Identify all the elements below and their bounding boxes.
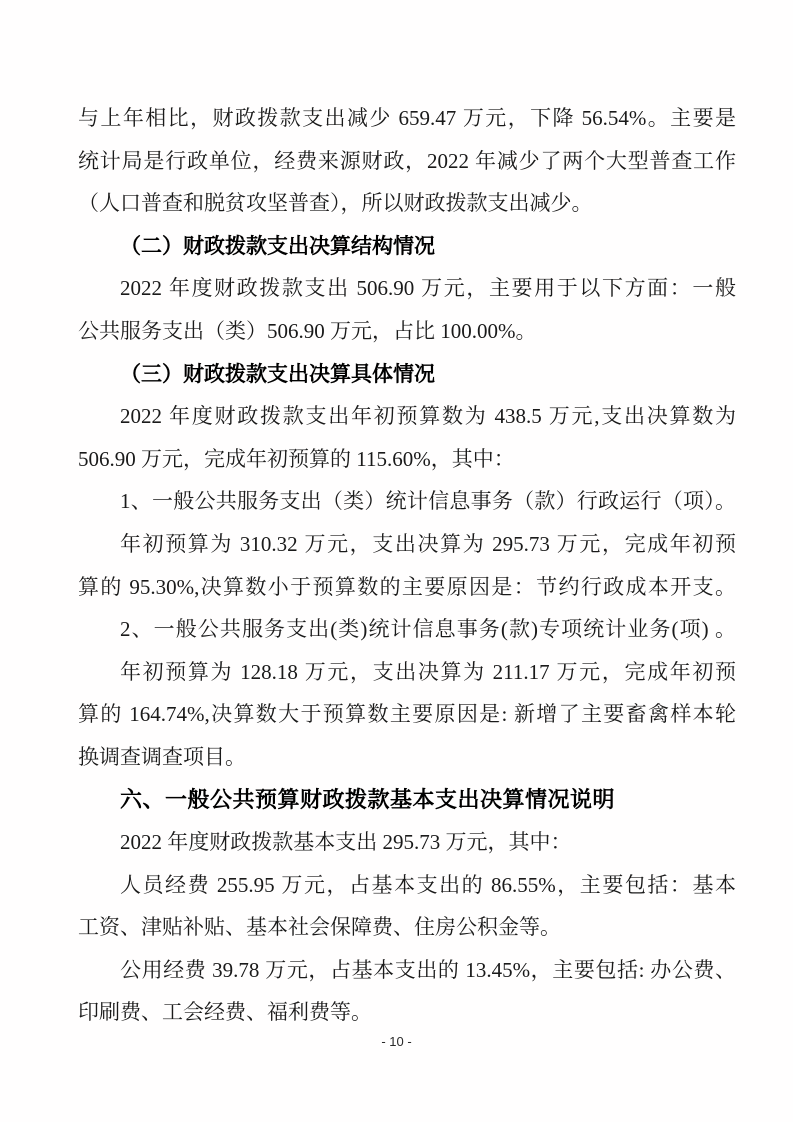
text-line: 2022 年度财政拨款基本支出 295.73 万元，其中： (78, 821, 736, 864)
text-line: 与上年相比，财政拨款支出减少 659.47 万元，下降 56.54%。主要是 (78, 97, 736, 140)
page-number: - 10 - (0, 1034, 793, 1049)
text-line: （人口普查和脱贫攻坚普查），所以财政拨款支出减少。 (78, 182, 736, 225)
text-line: 年初预算为 128.18 万元，支出决算为 211.17 万元，完成年初预 (78, 651, 736, 694)
text-line: 年初预算为 310.32 万元，支出决算为 295.73 万元，完成年初预 (78, 523, 736, 566)
text-line: 公用经费 39.78 万元，占基本支出的 13.45%，主要包括: 办公费、 (78, 949, 736, 992)
text-line: 506.90 万元，完成年初预算的 115.60%，其中： (78, 438, 736, 481)
list-item-2: 2、一般公共服务支出(类)统计信息事务(款)专项统计业务(项) 。 (78, 608, 736, 651)
subsection-heading-3: （三）财政拨款支出决算具体情况 (78, 353, 736, 396)
text-line: 工资、津贴补贴、基本社会保障费、住房公积金等。 (78, 906, 736, 949)
subsection-heading-2: （二）财政拨款支出决算结构情况 (78, 225, 736, 268)
section-heading-6: 六、一般公共预算财政拨款基本支出决算情况说明 (78, 779, 736, 822)
text-line: 算的 164.74%,决算数大于预算数主要原因是: 新增了主要畜禽样本轮 (78, 693, 736, 736)
text-line: 换调查调查项目。 (78, 736, 736, 779)
text-line: 印刷费、工会经费、福利费等。 (78, 991, 736, 1034)
text-line: 2022 年度财政拨款支出年初预算数为 438.5 万元,支出决算数为 (78, 395, 736, 438)
list-item-1: 1、一般公共服务支出（类）统计信息事务（款）行政运行（项）。 (78, 480, 736, 523)
text-line: 统计局是行政单位，经费来源财政，2022 年减少了两个大型普查工作 (78, 140, 736, 183)
text-line: 人员经费 255.95 万元，占基本支出的 86.55%，主要包括：基本 (78, 864, 736, 907)
text-line: 公共服务支出（类）506.90 万元，占比 100.00%。 (78, 310, 736, 353)
document-page: 与上年相比，财政拨款支出减少 659.47 万元，下降 56.54%。主要是 统… (0, 0, 793, 1122)
document-body: 与上年相比，财政拨款支出减少 659.47 万元，下降 56.54%。主要是 统… (78, 97, 736, 1034)
text-line: 2022 年度财政拨款支出 506.90 万元，主要用于以下方面：一般 (78, 267, 736, 310)
text-line: 算的 95.30%,决算数小于预算数的主要原因是：节约行政成本开支。 (78, 566, 736, 609)
